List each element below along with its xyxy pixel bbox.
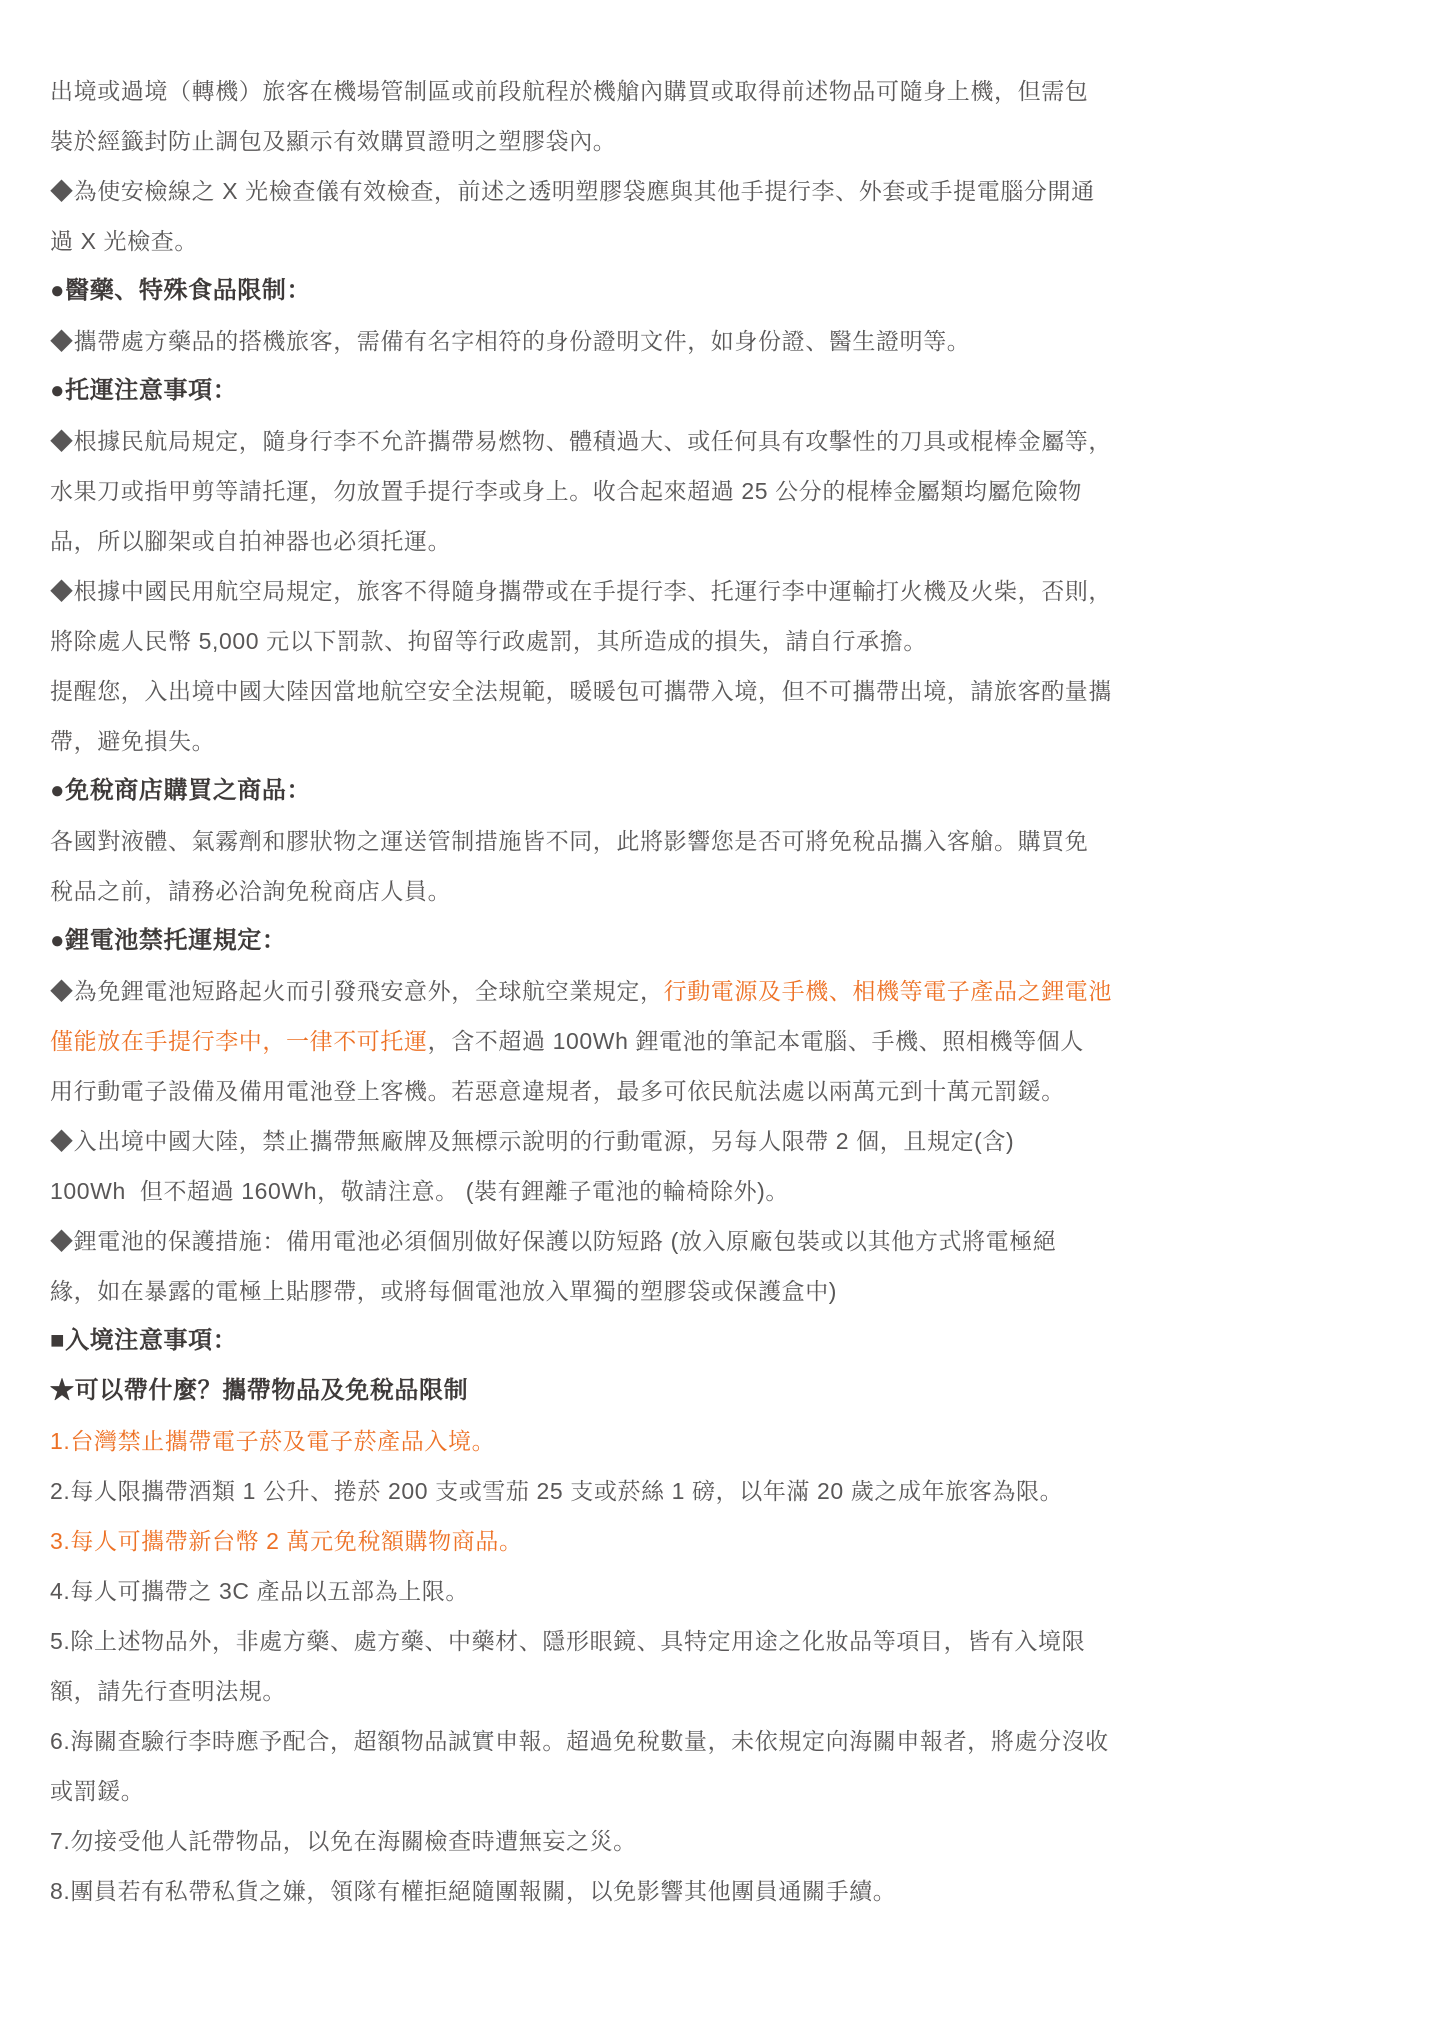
text-run: ★可以帶什麼？攜帶物品及免稅品限制 xyxy=(50,1377,468,1404)
text-run: ◆入出境中國大陸，禁止攜帶無廠牌及無標示說明的行動電源，另每人限帶 2 個，且規… xyxy=(50,1128,1014,1154)
text-line: 緣，如在暴露的電極上貼膠帶，或將每個電池放入單獨的塑膠袋或保護盒中) xyxy=(50,1266,1412,1316)
text-line: ◆入出境中國大陸，禁止攜帶無廠牌及無標示說明的行動電源，另每人限帶 2 個，且規… xyxy=(50,1116,1412,1166)
text-run: 出境或過境（轉機）旅客在機場管制區或前段航程於機艙內購買或取得前述物品可隨身上機… xyxy=(50,78,1088,104)
accent-text-run: 行動電源及手機、相機等電子產品之鋰電池 xyxy=(664,978,1112,1004)
text-line: 額，請先行查明法規。 xyxy=(50,1666,1412,1716)
text-line: 5.除上述物品外，非處方藥、處方藥、中藥材、隱形眼鏡、具特定用途之化妝品等項目，… xyxy=(50,1616,1412,1666)
text-run: ◆根據民航局規定，隨身行李不允許攜帶易燃物、體積過大、或任何具有攻擊性的刀具或棍… xyxy=(50,428,1112,454)
text-run: 緣，如在暴露的電極上貼膠帶，或將每個電池放入單獨的塑膠袋或保護盒中) xyxy=(50,1278,837,1304)
text-run: 或罰鍰。 xyxy=(50,1778,144,1804)
text-run: ●醫藥、特殊食品限制： xyxy=(50,277,311,304)
text-run: 提醒您，入出境中國大陸因當地航空安全法規範，暖暖包可攜帶入境，但不可攜帶出境，請… xyxy=(50,678,1112,704)
text-line: 帶，避免損失。 xyxy=(50,716,1412,766)
section-heading: ★可以帶什麼？攜帶物品及免稅品限制 xyxy=(50,1366,1412,1416)
text-line: 6.海關查驗行李時應予配合，超額物品誠實申報。超過免稅數量，未依規定向海關申報者… xyxy=(50,1716,1412,1766)
text-run: 4.每人可攜帶之 3C 產品以五部為上限。 xyxy=(50,1578,469,1604)
text-line: 過 X 光檢查。 xyxy=(50,216,1412,266)
text-line: 提醒您，入出境中國大陸因當地航空安全法規範，暖暖包可攜帶入境，但不可攜帶出境，請… xyxy=(50,666,1412,716)
text-line: 4.每人可攜帶之 3C 產品以五部為上限。 xyxy=(50,1566,1412,1616)
text-line: 7.勿接受他人託帶物品，以免在海關檢查時遭無妄之災。 xyxy=(50,1816,1412,1866)
text-line: ◆攜帶處方藥品的搭機旅客，需備有名字相符的身份證明文件，如身份證、醫生證明等。 xyxy=(50,316,1412,366)
text-line: 或罰鍰。 xyxy=(50,1766,1412,1816)
section-heading: ■入境注意事項： xyxy=(50,1316,1412,1366)
text-run: 水果刀或指甲剪等請托運，勿放置手提行李或身上。收合起來超過 25 公分的棍棒金屬… xyxy=(50,478,1082,504)
section-heading: ●醫藥、特殊食品限制： xyxy=(50,266,1412,316)
text-run: ◆根據中國民用航空局規定，旅客不得隨身攜帶或在手提行李、托運行李中運輸打火機及火… xyxy=(50,578,1112,604)
text-run: ●免稅商店購買之商品： xyxy=(50,777,311,804)
text-line: 各國對液體、氣霧劑和膠狀物之運送管制措施皆不同，此將影響您是否可將免稅品攜入客艙… xyxy=(50,816,1412,866)
text-line: 8.團員若有私帶私貨之嫌，領隊有權拒絕隨團報關，以免影響其他團員通關手續。 xyxy=(50,1866,1412,1916)
text-line: ◆根據中國民用航空局規定，旅客不得隨身攜帶或在手提行李、托運行李中運輸打火機及火… xyxy=(50,566,1412,616)
section-heading: ●鋰電池禁托運規定： xyxy=(50,916,1412,966)
text-line: 出境或過境（轉機）旅客在機場管制區或前段航程於機艙內購買或取得前述物品可隨身上機… xyxy=(50,66,1412,116)
text-run: ●鋰電池禁托運規定： xyxy=(50,927,287,954)
text-run: 7.勿接受他人託帶物品，以免在海關檢查時遭無妄之災。 xyxy=(50,1828,637,1854)
text-run: 5.除上述物品外，非處方藥、處方藥、中藥材、隱形眼鏡、具特定用途之化妝品等項目，… xyxy=(50,1628,1085,1654)
text-run: ◆為使安檢線之 X 光檢查儀有效檢查，前述之透明塑膠袋應與其他手提行李、外套或手… xyxy=(50,178,1095,204)
section-heading: ●免稅商店購買之商品： xyxy=(50,766,1412,816)
text-line: ◆根據民航局規定，隨身行李不允許攜帶易燃物、體積過大、或任何具有攻擊性的刀具或棍… xyxy=(50,416,1412,466)
text-run: 各國對液體、氣霧劑和膠狀物之運送管制措施皆不同，此將影響您是否可將免稅品攜入客艙… xyxy=(50,828,1088,854)
text-line: 品，所以腳架或自拍神器也必須托運。 xyxy=(50,516,1412,566)
text-run: ■入境注意事項： xyxy=(50,1327,237,1354)
text-line: 將除處人民幣 5,000 元以下罰款、拘留等行政處罰，其所造成的損失，請自行承擔… xyxy=(50,616,1412,666)
text-run: ●托運注意事項： xyxy=(50,377,237,404)
text-run: 將除處人民幣 5,000 元以下罰款、拘留等行政處罰，其所造成的損失，請自行承擔… xyxy=(50,628,927,654)
text-line: ◆為使安檢線之 X 光檢查儀有效檢查，前述之透明塑膠袋應與其他手提行李、外套或手… xyxy=(50,166,1412,216)
text-line: 稅品之前，請務必洽詢免稅商店人員。 xyxy=(50,866,1412,916)
text-run: ，含不超過 100Wh 鋰電池的筆記本電腦、手機、照相機等個人 xyxy=(428,1028,1084,1054)
text-line: 水果刀或指甲剪等請托運，勿放置手提行李或身上。收合起來超過 25 公分的棍棒金屬… xyxy=(50,466,1412,516)
text-line: 用行動電子設備及備用電池登上客機。若惡意違規者，最多可依民航法處以兩萬元到十萬元… xyxy=(50,1066,1412,1116)
text-run: 用行動電子設備及備用電池登上客機。若惡意違規者，最多可依民航法處以兩萬元到十萬元… xyxy=(50,1078,1065,1104)
text-line: ◆鋰電池的保護措施：備用電池必須個別做好保護以防短路 (放入原廠包裝或以其他方式… xyxy=(50,1216,1412,1266)
accent-text-run: 3.每人可攜帶新台幣 2 萬元免稅額購物商品。 xyxy=(50,1528,523,1554)
accent-text-run: 1.台灣禁止攜帶電子菸及電子菸產品入境。 xyxy=(50,1428,495,1454)
text-run: 帶，避免損失。 xyxy=(50,728,215,754)
text-run: 稅品之前，請務必洽詢免稅商店人員。 xyxy=(50,878,451,904)
text-line: ◆為免鋰電池短路起火而引發飛安意外，全球航空業規定，行動電源及手機、相機等電子產… xyxy=(50,966,1412,1016)
text-run: 100Wh 但不超過 160Wh，敬請注意。 (裝有鋰離子電池的輪椅除外)。 xyxy=(50,1178,789,1204)
text-run: 6.海關查驗行李時應予配合，超額物品誠實申報。超過免稅數量，未依規定向海關申報者… xyxy=(50,1728,1109,1754)
accent-text-run: 僅能放在手提行李中，一律不可托運 xyxy=(50,1028,428,1054)
text-line: 1.台灣禁止攜帶電子菸及電子菸產品入境。 xyxy=(50,1416,1412,1466)
text-run: 額，請先行查明法規。 xyxy=(50,1678,286,1704)
text-line: 裝於經籤封防止調包及顯示有效購買證明之塑膠袋內。 xyxy=(50,116,1412,166)
text-run: 8.團員若有私帶私貨之嫌，領隊有權拒絕隨團報關，以免影響其他團員通關手續。 xyxy=(50,1878,896,1904)
text-line: 100Wh 但不超過 160Wh，敬請注意。 (裝有鋰離子電池的輪椅除外)。 xyxy=(50,1166,1412,1216)
text-run: 過 X 光檢查。 xyxy=(50,228,198,254)
baggage-notice-document: 出境或過境（轉機）旅客在機場管制區或前段航程於機艙內購買或取得前述物品可隨身上機… xyxy=(0,0,1440,1916)
section-heading: ●托運注意事項： xyxy=(50,366,1412,416)
text-run: ◆為免鋰電池短路起火而引發飛安意外，全球航空業規定， xyxy=(50,978,664,1004)
text-run: 裝於經籤封防止調包及顯示有效購買證明之塑膠袋內。 xyxy=(50,128,616,154)
text-line: 3.每人可攜帶新台幣 2 萬元免稅額購物商品。 xyxy=(50,1516,1412,1566)
text-run: ◆鋰電池的保護措施：備用電池必須個別做好保護以防短路 (放入原廠包裝或以其他方式… xyxy=(50,1228,1056,1254)
text-run: 品，所以腳架或自拍神器也必須托運。 xyxy=(50,528,451,554)
text-line: 僅能放在手提行李中，一律不可托運，含不超過 100Wh 鋰電池的筆記本電腦、手機… xyxy=(50,1016,1412,1066)
text-line: 2.每人限攜帶酒類 1 公升、捲菸 200 支或雪茄 25 支或菸絲 1 磅，以… xyxy=(50,1466,1412,1516)
text-run: 2.每人限攜帶酒類 1 公升、捲菸 200 支或雪茄 25 支或菸絲 1 磅，以… xyxy=(50,1478,1063,1504)
text-run: ◆攜帶處方藥品的搭機旅客，需備有名字相符的身份證明文件，如身份證、醫生證明等。 xyxy=(50,328,970,354)
